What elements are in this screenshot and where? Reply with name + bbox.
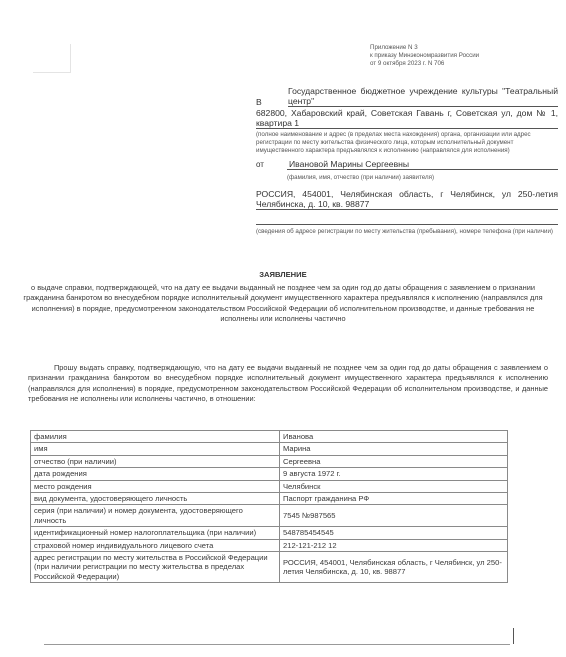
request-paragraph: Прошу выдать справку, подтверждающую, чт…	[28, 363, 548, 404]
row-label: дата рождения	[31, 468, 280, 480]
applicant-prefix: от	[256, 160, 287, 170]
row-label: фамилия	[31, 431, 280, 443]
table-row: вид документа, удостоверяющего личностьП…	[31, 493, 508, 505]
row-label: серия (при наличии) и номер документа, у…	[31, 505, 280, 527]
page-bottom-line	[44, 644, 510, 645]
table-row: отчество (при наличии)Сергеевна	[31, 455, 508, 467]
annex-line: к приказу Минэкономразвития России	[370, 52, 479, 60]
table-row: адрес регистрации по месту жительства в …	[31, 552, 508, 583]
table-edge-mark	[513, 628, 514, 644]
recipient-org-name: Государственное бюджетное учреждение кул…	[288, 86, 558, 107]
table-row: дата рождения9 августа 1972 г.	[31, 468, 508, 480]
recipient-row: В Государственное бюджетное учреждение к…	[256, 86, 558, 107]
applicant-name-note: (фамилия, имя, отчество (при наличии) за…	[256, 173, 558, 183]
row-value: 9 августа 1972 г.	[280, 468, 508, 480]
row-label: идентификационный номер налогоплательщик…	[31, 527, 280, 539]
recipient-prefix: В	[256, 97, 288, 107]
applicant-data-table: фамилияИвановаимяМаринаотчество (при нал…	[30, 430, 508, 583]
document-subtitle: о выдаче справки, подтверждающей, что на…	[20, 283, 546, 324]
row-value: Сергеевна	[280, 455, 508, 467]
row-label: имя	[31, 443, 280, 455]
annex-header: Приложение N 3 к приказу Минэкономразвит…	[370, 44, 479, 68]
recipient-block: В Государственное бюджетное учреждение к…	[256, 86, 558, 236]
row-value: Челябинск	[280, 480, 508, 492]
row-value: Иванова	[280, 431, 508, 443]
document-title: ЗАЯВЛЕНИЕ	[0, 270, 566, 279]
table-row: фамилияИванова	[31, 431, 508, 443]
row-label: вид документа, удостоверяющего личность	[31, 493, 280, 505]
annex-line: Приложение N 3	[370, 44, 479, 52]
row-value: 7545 №987565	[280, 505, 508, 527]
applicant-phone-line	[256, 210, 558, 225]
row-value: 548785454545	[280, 527, 508, 539]
table-row: имяМарина	[31, 443, 508, 455]
applicant-name: Ивановой Марины Сергеевны	[287, 159, 558, 170]
table-row: страховой номер индивидуального лицевого…	[31, 539, 508, 551]
row-label: место рождения	[31, 480, 280, 492]
row-value: Марина	[280, 443, 508, 455]
applicant-row: от Ивановой Марины Сергеевны	[256, 159, 558, 170]
page-corner-mark	[33, 44, 71, 73]
row-value: 212-121-212 12	[280, 539, 508, 551]
recipient-note: (полное наименование и адрес (в пределах…	[256, 131, 558, 156]
row-label: адрес регистрации по месту жительства в …	[31, 552, 280, 583]
applicant-address: РОССИЯ, 454001, Челябинская область, г Ч…	[256, 189, 558, 210]
table-row: идентификационный номер налогоплательщик…	[31, 527, 508, 539]
row-value: РОССИЯ, 454001, Челябинская область, г Ч…	[280, 552, 508, 583]
row-label: страховой номер индивидуального лицевого…	[31, 539, 280, 551]
recipient-address: 682800, Хабаровский край, Советская Гава…	[256, 108, 558, 129]
annex-line: от 9 октября 2023 г. N 706	[370, 60, 479, 68]
row-label: отчество (при наличии)	[31, 455, 280, 467]
table-row: место рожденияЧелябинск	[31, 480, 508, 492]
row-value: Паспорт гражданина РФ	[280, 493, 508, 505]
applicant-address-note: (сведения об адресе регистрации по месту…	[256, 228, 558, 236]
table-row: серия (при наличии) и номер документа, у…	[31, 505, 508, 527]
